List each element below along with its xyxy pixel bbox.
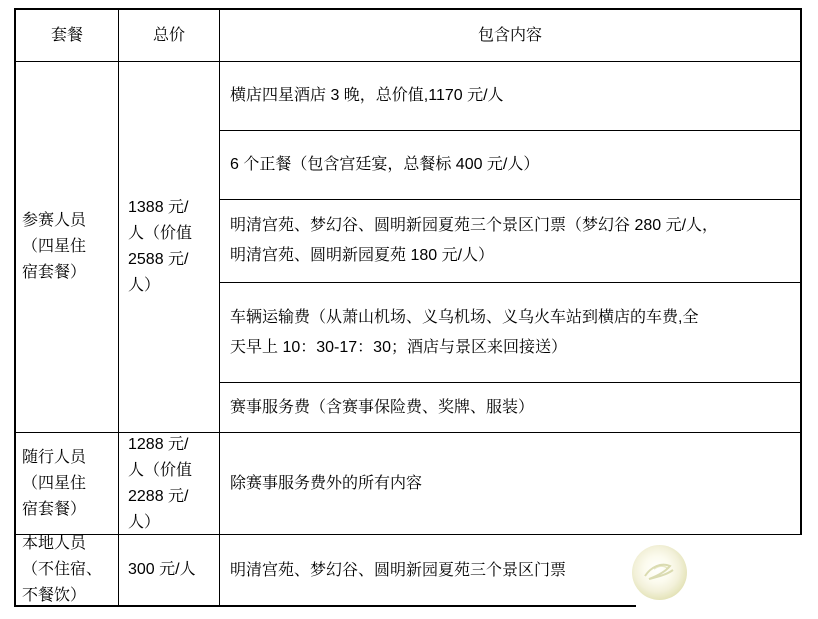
content-cell-tickets: 明清宫苑、梦幻谷、圆明新园夏苑三个景区门票（梦幻谷 280 元/人， 明清宫苑、… [220,200,802,283]
text-line: 人（价值 [128,221,192,247]
price-cell-participants: 1388 元/ 人（价值 2588 元/ 人） [119,62,220,433]
text-line: 不餐饮） [22,583,86,607]
price-cell-companions: 1288 元/ 人（价值 2288 元/ 人） [119,433,220,535]
header-cell-contents: 包含内容 [220,10,802,62]
header-package-label: 套餐 [51,26,83,46]
content-cell-companions: 除赛事服务费外的所有内容 [220,433,802,535]
package-cell-locals: 本地人员 （不住宿、 不餐饮） [16,535,119,607]
text-line: （不住宿、 [22,557,102,583]
text-line: 1388 元/ [128,195,189,221]
header-cell-package: 套餐 [16,10,119,62]
price-cell-locals: 300 元/人 [119,535,220,607]
text-line: 横店四星酒店 3 晚，总价值,1170 元/人 [230,81,504,111]
header-contents-label: 包含内容 [478,26,542,46]
text-line: 明清宫苑、梦幻谷、圆明新园夏苑三个景区门票（梦幻谷 280 元/人， [230,211,718,241]
text-line: 明清宫苑、圆明新园夏苑 180 元/人） [230,241,494,271]
pricing-table: 套餐 总价 包含内容 参赛人员 （四星住 宿套餐） 1388 元/ 人（价值 2… [14,8,802,607]
text-line: 人（价值 [128,458,192,484]
text-line: （四星住 [22,471,86,497]
text-line: （四星住 [22,234,86,260]
text-line: 明清宫苑、梦幻谷、圆明新园夏苑三个景区门票 [230,556,566,586]
header-cell-total-price: 总价 [119,10,220,62]
text-line: 宿套餐） [22,497,86,523]
content-cell-service-fee: 赛事服务费（含赛事保险费、奖牌、服装） [220,383,802,433]
text-line: 天早上 10：30-17：30；酒店与景区来回接送） [230,333,567,363]
content-cell-meals: 6 个正餐（包含宫廷宴，总餐标 400 元/人） [220,131,802,200]
text-line: 2288 元/ [128,484,189,510]
text-line: 人） [128,273,160,299]
text-line: 宿套餐） [22,260,86,286]
seal-watermark-icon [632,545,687,600]
text-line: 2588 元/ [128,247,189,273]
text-line: 赛事服务费（含赛事保险费、奖牌、服装） [230,393,534,423]
package-cell-participants: 参赛人员 （四星住 宿套餐） [16,62,119,433]
document-page: 套餐 总价 包含内容 参赛人员 （四星住 宿套餐） 1388 元/ 人（价值 2… [0,0,818,619]
text-line: 人） [128,510,160,536]
text-line: 车辆运输费（从萧山机场、义乌机场、义乌火车站到横店的车费,全 [230,303,698,333]
content-cell-locals: 明清宫苑、梦幻谷、圆明新园夏苑三个景区门票 [220,535,802,607]
text-line: 除赛事服务费外的所有内容 [230,469,422,499]
text-line: 6 个正餐（包含宫廷宴，总餐标 400 元/人） [230,150,539,180]
header-price-label: 总价 [153,26,185,46]
text-line: 300 元/人 [128,557,196,583]
text-line: 随行人员 [22,445,86,471]
text-line: 参赛人员 [22,208,86,234]
content-cell-transport: 车辆运输费（从萧山机场、义乌机场、义乌火车站到横店的车费,全 天早上 10：30… [220,283,802,383]
text-line: 1288 元/ [128,433,189,458]
text-line: 本地人员 [22,535,86,557]
package-cell-companions: 随行人员 （四星住 宿套餐） [16,433,119,535]
content-cell-hotel: 横店四星酒店 3 晚，总价值,1170 元/人 [220,62,802,131]
